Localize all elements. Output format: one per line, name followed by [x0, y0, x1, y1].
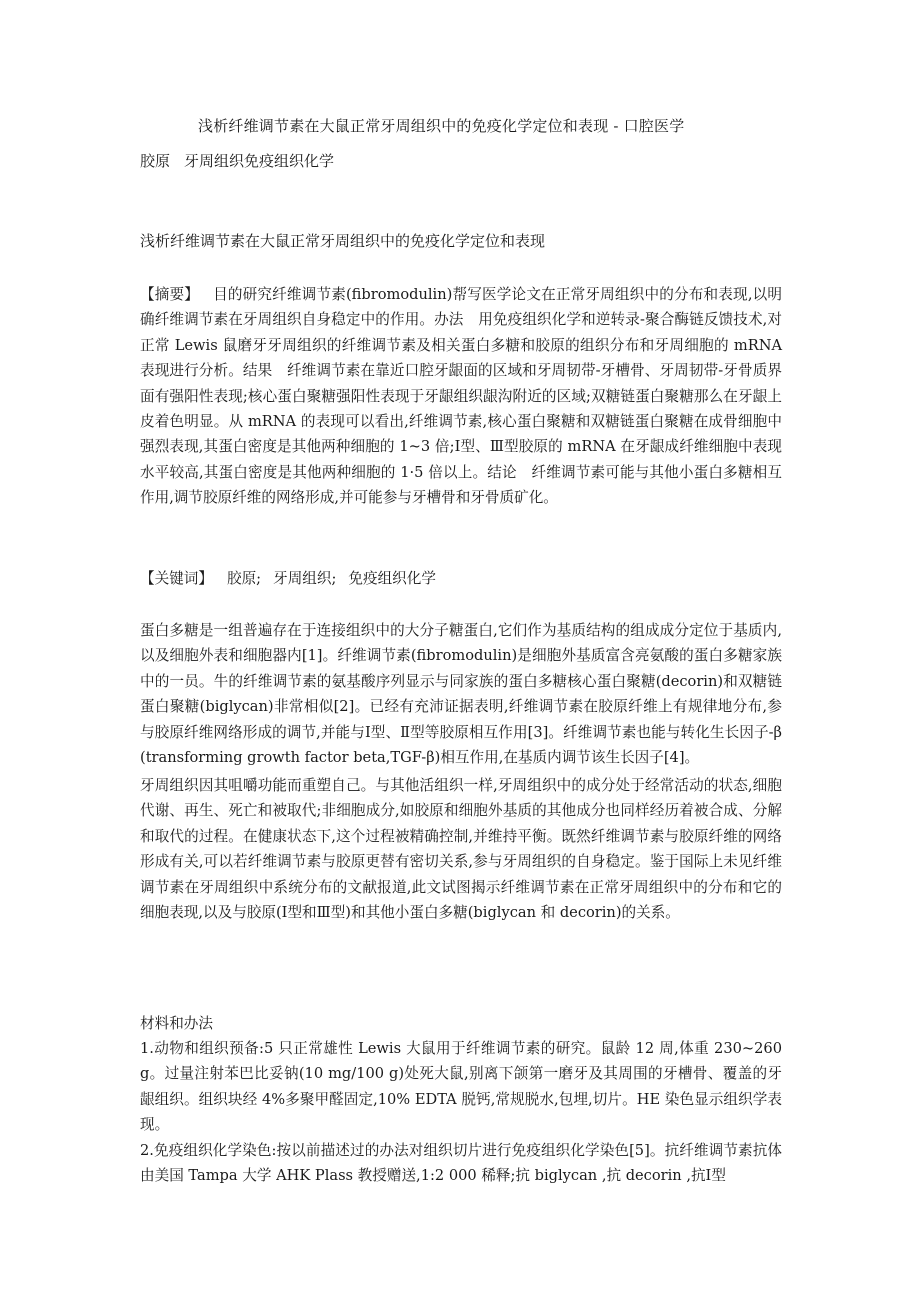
methods-item-2: 2.免疫组织化学染色:按以前描述过的办法对组织切片进行免疫组织化学染色[5]。抗… — [140, 1138, 782, 1189]
abstract-paragraph: 【摘要】目的研究纤维调节素(fibromodulin)帮写医学论文在正常牙周组织… — [140, 282, 782, 511]
keywords-label: 【关键词】 — [140, 570, 213, 587]
body-paragraph-2: 牙周组织因其咀嚼功能而重塑自己。与其他活组织一样,牙周组织中的成分处于经常活动的… — [140, 773, 782, 925]
article-title: 浅析纤维调节素在大鼠正常牙周组织中的免疫化学定位和表现 — [140, 230, 545, 251]
keyword: 免疫组织化学 — [348, 570, 436, 587]
keywords-line: 【关键词】胶原;牙周组织;免疫组织化学 — [140, 566, 782, 591]
methods-heading: 材料和办法 — [140, 1011, 782, 1036]
document-header-title: 浅析纤维调节素在大鼠正常牙周组织中的免疫化学定位和表现 - 口腔医学 — [198, 115, 684, 136]
tag: 胶原 — [140, 152, 170, 170]
keyword: 牙周组织; — [273, 570, 336, 587]
abstract-text: 目的研究纤维调节素(fibromodulin)帮写医学论文在正常牙周组织中的分布… — [140, 286, 782, 506]
document-tags: 胶原牙周组织免疫组织化学 — [140, 150, 334, 171]
body-paragraph-1: 蛋白多糖是一组普遍存在于连接组织中的大分子糖蛋白,它们作为基质结构的组成成分定位… — [140, 618, 782, 770]
keyword: 胶原; — [227, 570, 261, 587]
methods-item-1: 1.动物和组织预备:5 只正常雄性 Lewis 大鼠用于纤维调节素的研究。鼠龄 … — [140, 1036, 782, 1138]
tag: 牙周组织免疫组织化学 — [184, 152, 334, 170]
abstract-label: 【摘要】 — [140, 286, 199, 303]
